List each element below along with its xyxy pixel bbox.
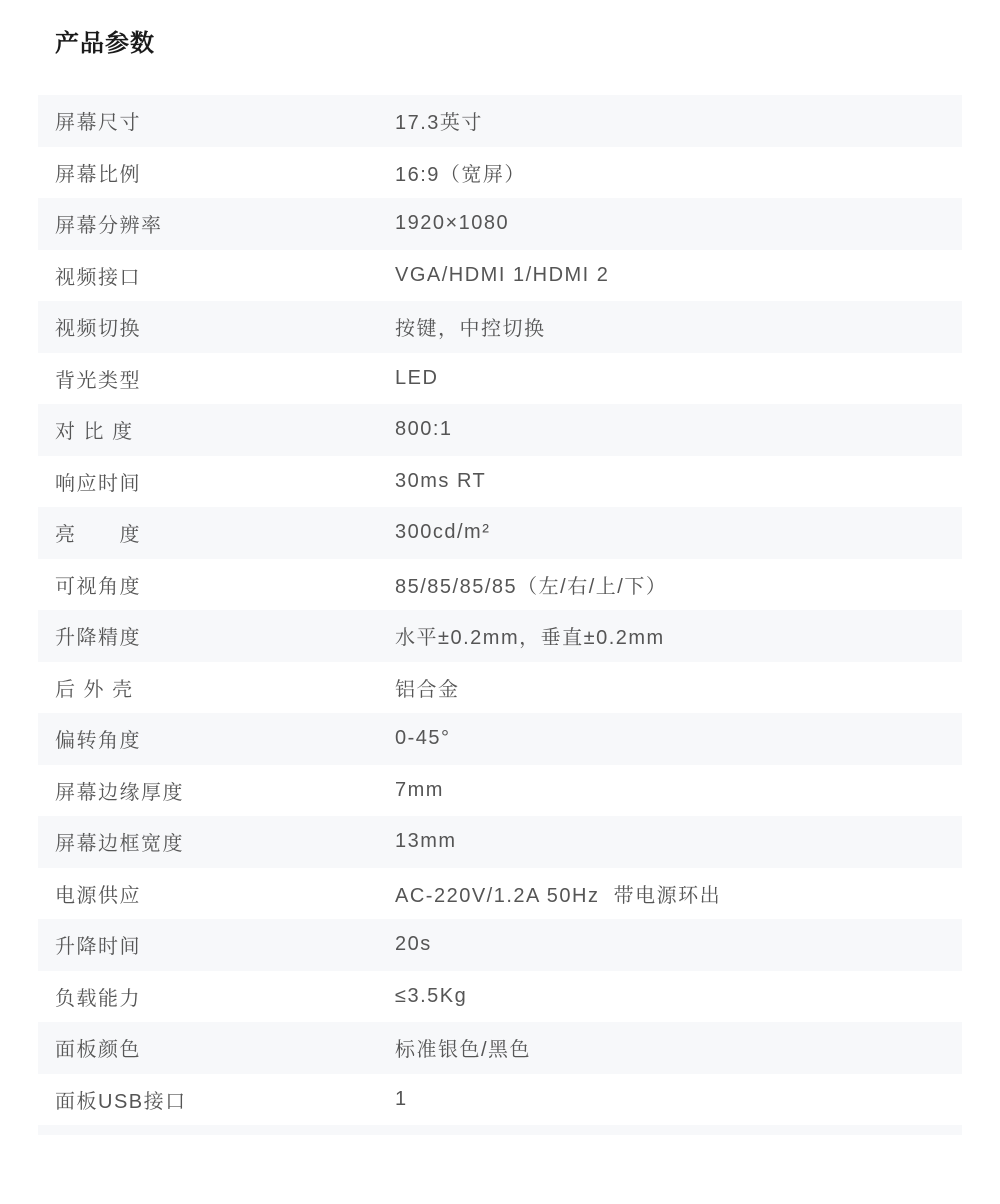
spec-row-label: 屏幕比例 <box>55 158 395 187</box>
spec-row-label: 负载能力 <box>55 982 395 1011</box>
spec-row-value: 1920×1080 <box>395 212 962 235</box>
spec-row: 可视角度 85/85/85/85（左/右/上/下） <box>38 559 962 611</box>
spec-row-label: 亮 度 <box>55 518 395 547</box>
spec-row-label: 视频切换 <box>55 312 395 341</box>
spec-row: 屏幕边框宽度 13mm <box>38 816 962 868</box>
spec-row-value: 铝合金 <box>395 673 962 702</box>
spec-row: 对 比 度 800:1 <box>38 404 962 456</box>
spec-row: 负载能力 ≤3.5Kg <box>38 971 962 1023</box>
spec-row: 屏幕比例 16:9（宽屏） <box>38 147 962 199</box>
spec-row-value: 30ms RT <box>395 470 962 493</box>
spec-row-value: 300cd/m² <box>395 521 962 544</box>
spec-row-value: 85/85/85/85（左/右/上/下） <box>395 570 962 599</box>
spec-row: 升降时间 20s <box>38 919 962 971</box>
spec-row-value: 1 <box>395 1088 962 1111</box>
page-title: 产品参数 <box>55 30 155 58</box>
spec-row-label: 屏幕分辨率 <box>55 209 395 238</box>
spec-row: 面板USB接口 1 <box>38 1074 962 1126</box>
spec-row: 屏幕尺寸 17.3英寸 <box>38 95 962 147</box>
spec-row-label: 升降精度 <box>55 621 395 650</box>
spec-row: 背光类型 LED <box>38 353 962 405</box>
spec-row: 升降精度 水平±0.2mm，垂直±0.2mm <box>38 610 962 662</box>
spec-row: 电源供应 AC-220V/1.2A 50Hz 带电源环出 <box>38 868 962 920</box>
spec-row: 屏幕边缘厚度 7mm <box>38 765 962 817</box>
spec-row: 亮 度 300cd/m² <box>38 507 962 559</box>
spec-row-value: 7mm <box>395 779 962 802</box>
spec-row-label: 响应时间 <box>55 467 395 496</box>
spec-row-label: 后 外 壳 <box>55 673 395 702</box>
spec-row-value: VGA/HDMI 1/HDMI 2 <box>395 264 962 287</box>
next-row-cropped-strip <box>38 1125 962 1135</box>
spec-row-label: 面板颜色 <box>55 1033 395 1062</box>
spec-row-value: 800:1 <box>395 418 962 441</box>
spec-row: 视频接口 VGA/HDMI 1/HDMI 2 <box>38 250 962 302</box>
spec-row-label: 电源供应 <box>55 879 395 908</box>
spec-row: 面板颜色 标准银色/黑色 <box>38 1022 962 1074</box>
spec-table: 屏幕尺寸 17.3英寸 屏幕比例 16:9（宽屏） 屏幕分辨率 1920×108… <box>38 95 962 1135</box>
spec-row-value: 按键，中控切换 <box>395 312 962 341</box>
spec-row-value: 水平±0.2mm，垂直±0.2mm <box>395 621 962 650</box>
spec-row-value: AC-220V/1.2A 50Hz 带电源环出 <box>395 879 962 908</box>
spec-table-rows: 屏幕尺寸 17.3英寸 屏幕比例 16:9（宽屏） 屏幕分辨率 1920×108… <box>38 95 962 1125</box>
spec-row-label: 屏幕边缘厚度 <box>55 776 395 805</box>
spec-row-label: 背光类型 <box>55 364 395 393</box>
spec-row: 视频切换 按键，中控切换 <box>38 301 962 353</box>
spec-row: 屏幕分辨率 1920×1080 <box>38 198 962 250</box>
spec-row: 偏转角度 0-45° <box>38 713 962 765</box>
spec-row-label: 可视角度 <box>55 570 395 599</box>
spec-row-value: LED <box>395 367 962 390</box>
spec-row-label: 偏转角度 <box>55 724 395 753</box>
spec-row-value: 16:9（宽屏） <box>395 158 962 187</box>
spec-row-value: ≤3.5Kg <box>395 985 962 1008</box>
spec-row: 后 外 壳 铝合金 <box>38 662 962 714</box>
spec-row-value: 20s <box>395 933 962 956</box>
spec-row-label: 屏幕边框宽度 <box>55 827 395 856</box>
spec-row-label: 面板USB接口 <box>55 1085 395 1114</box>
spec-row-label: 对 比 度 <box>55 415 395 444</box>
spec-row-label: 屏幕尺寸 <box>55 106 395 135</box>
spec-row-label: 视频接口 <box>55 261 395 290</box>
spec-row-value: 标准银色/黑色 <box>395 1033 962 1062</box>
spec-row-label: 升降时间 <box>55 930 395 959</box>
spec-row: 响应时间 30ms RT <box>38 456 962 508</box>
spec-row-value: 13mm <box>395 830 962 853</box>
spec-row-value: 17.3英寸 <box>395 106 962 135</box>
spec-row-value: 0-45° <box>395 727 962 750</box>
